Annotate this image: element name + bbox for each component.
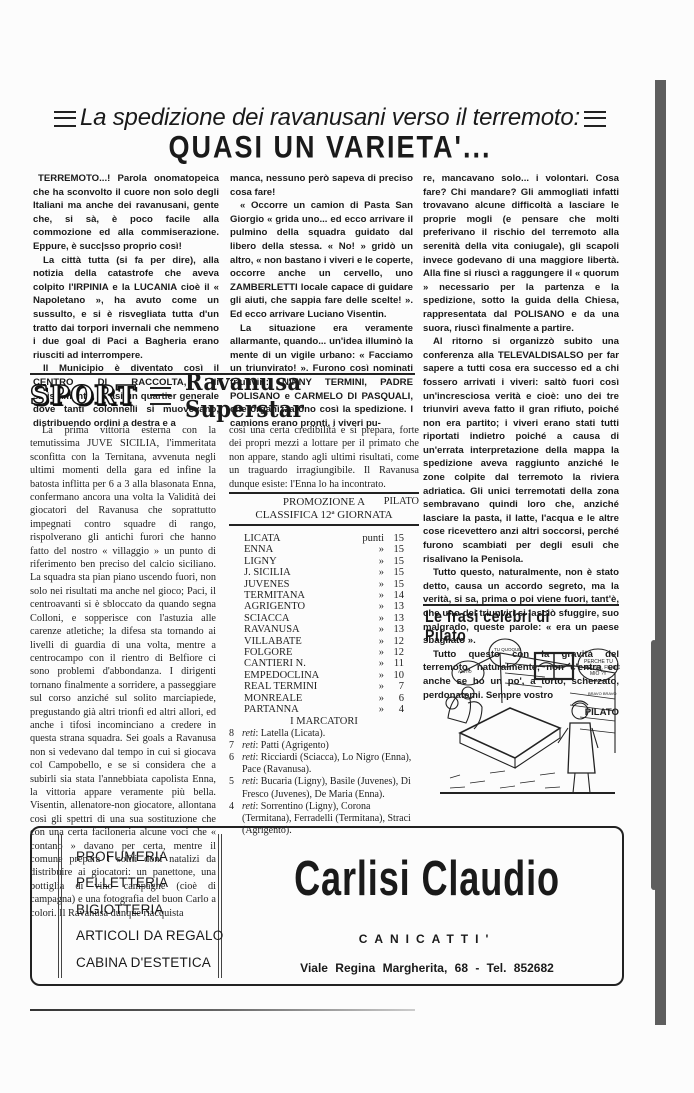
- ad-item: ARTICOLI DA REGALO: [76, 923, 223, 949]
- team-points: 10: [384, 670, 404, 681]
- ad-product-list: PROFUMERIA PELLETTERIA BIGIOTTERIA ARTIC…: [76, 844, 223, 976]
- sport-title: Ravanusa Superstar: [185, 369, 396, 423]
- team-points: 6: [384, 693, 404, 704]
- svg-text:TU QUOQUE: TU QUOQUE: [494, 647, 521, 652]
- standings-row: VILLABATE»12: [244, 636, 404, 647]
- points-unit: »: [344, 601, 384, 612]
- scorer-names: : Bucaria (Ligny), Basile (Juvenes), Di …: [242, 776, 411, 799]
- scorer-entry: 5reti: Bucaria (Ligny), Basile (Juvenes)…: [229, 776, 419, 800]
- sport-header: SPORT Ravanusa Superstar: [30, 378, 415, 414]
- headline-title: QUASI UN VARIETA'...: [30, 130, 630, 166]
- standings-box: PROMOZIONE A CLASSIFICA 12ª GIORNATA LIC…: [229, 492, 419, 837]
- article-headline: La spedizione dei ravanusani verso il te…: [30, 104, 630, 163]
- team-name: MONREALE: [244, 693, 344, 704]
- scan-edge-strip: [655, 80, 666, 1025]
- standings-row: AGRIGENTO»13: [244, 601, 404, 612]
- standings-row: TERMITANA»14: [244, 590, 404, 601]
- points-unit: »: [344, 567, 384, 578]
- team-points: 15: [384, 567, 404, 578]
- goal-count: 6: [229, 752, 242, 764]
- scorers-title: I MARCATORI: [229, 716, 419, 728]
- standings-row: EMPEDOCLINA»10: [244, 670, 404, 681]
- divider: [30, 1009, 415, 1011]
- team-points: 13: [384, 613, 404, 624]
- points-unit: punti: [344, 533, 384, 544]
- points-unit: »: [344, 704, 384, 715]
- svg-text:AIUTO: AIUTO: [458, 669, 472, 674]
- scorer-names: : Ricciardi (Sciacca), Lo Nigro (Enna), …: [242, 752, 411, 775]
- team-name: VILLABATE: [244, 636, 344, 647]
- team-points: 11: [384, 658, 404, 669]
- svg-text:BRAVO BRAVO: BRAVO BRAVO: [588, 691, 617, 696]
- paragraph: « Occorre un camion di Pasta San Giorgio…: [230, 199, 413, 321]
- team-points: 13: [384, 624, 404, 635]
- points-unit: »: [344, 544, 384, 555]
- scorer-names: : Latella (Licata).: [256, 728, 326, 739]
- standings-row: REAL TERMINI»7: [244, 681, 404, 692]
- paragraph: TERREMOTO...! Parola onomatopeica che ha…: [33, 172, 219, 254]
- team-points: 14: [384, 590, 404, 601]
- goals-label: reti: [242, 776, 256, 787]
- scorer-entry: 8reti: Latella (Licata).: [229, 728, 419, 740]
- team-name: REAL TERMINI: [244, 681, 344, 692]
- paragraph: La città tutta (si fa per dire), alla no…: [33, 254, 219, 363]
- standings-header-line2: CLASSIFICA 12ª GIORNATA: [229, 509, 419, 522]
- points-unit: »: [344, 670, 384, 681]
- team-name: ENNA: [244, 544, 344, 555]
- standings-row: CANTIERI N.»11: [244, 658, 404, 669]
- team-points: 4: [384, 704, 404, 715]
- team-points: 12: [384, 647, 404, 658]
- points-unit: »: [344, 693, 384, 704]
- standings-header-line1: PROMOZIONE A: [229, 496, 419, 509]
- ad-item: BIGIOTTERIA: [76, 897, 223, 923]
- standings-row: ENNA»15: [244, 544, 404, 555]
- goals-label: reti: [242, 801, 256, 812]
- team-points: 15: [384, 556, 404, 567]
- scorer-entry: 6reti: Ricciardi (Sciacca), Lo Nigro (En…: [229, 752, 419, 776]
- cartoon-illustration: PERCHE TU BRUTO, FIGLIO MIO ?!! TU QUOQU…: [430, 633, 620, 805]
- team-name: J. SICILIA: [244, 567, 344, 578]
- ad-item: CABINA D'ESTETICA: [76, 950, 223, 976]
- points-unit: »: [344, 590, 384, 601]
- team-name: PARTANNA: [244, 704, 344, 715]
- standings-row: MONREALE»6: [244, 693, 404, 704]
- goals-label: reti: [242, 728, 256, 739]
- standings-row: SCIACCA»13: [244, 613, 404, 624]
- team-name: TERMITANA: [244, 590, 344, 601]
- team-name: SCIACCA: [244, 613, 344, 624]
- team-points: 15: [384, 544, 404, 555]
- standings-row: LICATApunti15: [244, 533, 404, 544]
- paragraph: Al ritorno si organizzò subito una confe…: [423, 335, 619, 566]
- standings-row: LIGNY»15: [244, 556, 404, 567]
- ad-city: CANICATTI': [242, 932, 612, 946]
- scorer-names: : Patti (Agrigento): [256, 740, 329, 751]
- goal-count: 7: [229, 740, 242, 752]
- paragraph: re, mancavano solo... i volontari. Cosa …: [423, 172, 619, 335]
- ad-item: PELLETTERIA: [76, 870, 223, 896]
- points-unit: »: [344, 658, 384, 669]
- team-name: RAVANUSA: [244, 624, 344, 635]
- team-points: 7: [384, 681, 404, 692]
- standings-row: FOLGORE»12: [244, 647, 404, 658]
- points-unit: »: [344, 647, 384, 658]
- standings-row: JUVENES»15: [244, 579, 404, 590]
- triple-rule-icon: [584, 111, 606, 127]
- triple-rule-icon: [54, 111, 76, 127]
- team-name: LIGNY: [244, 556, 344, 567]
- team-name: AGRIGENTO: [244, 601, 344, 612]
- team-name: LICATA: [244, 533, 344, 544]
- headline-subtitle: La spedizione dei ravanusani verso il te…: [80, 104, 580, 131]
- team-points: 12: [384, 636, 404, 647]
- svg-text:MIO ?!!: MIO ?!!: [590, 671, 606, 677]
- team-name: CANTIERI N.: [244, 658, 344, 669]
- points-unit: »: [344, 556, 384, 567]
- team-points: 15: [384, 533, 404, 544]
- points-unit: »: [344, 624, 384, 635]
- paragraph: così una certa credibilità e si prepara,…: [229, 424, 419, 491]
- team-name: EMPEDOCLINA: [244, 670, 344, 681]
- goal-count: 8: [229, 728, 242, 740]
- points-unit: »: [344, 613, 384, 624]
- goal-count: 5: [229, 776, 242, 788]
- ad-item: PROFUMERIA: [76, 844, 223, 870]
- standings-table: LICATApunti15ENNA»15LIGNY»15J. SICILIA»1…: [244, 533, 404, 716]
- points-unit: »: [344, 579, 384, 590]
- divider: [423, 604, 619, 606]
- standings-row: PARTANNA»4: [244, 704, 404, 715]
- paragraph: manca, nessuno però sapeva di preciso co…: [230, 172, 413, 199]
- ad-brand: Carlisi Claudio: [268, 850, 586, 907]
- triple-rule-icon: [150, 387, 171, 405]
- advertisement: PROFUMERIA PELLETTERIA BIGIOTTERIA ARTIC…: [30, 826, 624, 986]
- points-unit: »: [344, 681, 384, 692]
- standings-row: J. SICILIA»15: [244, 567, 404, 578]
- divider: [58, 834, 62, 978]
- standings-header: PROMOZIONE A CLASSIFICA 12ª GIORNATA: [229, 492, 419, 526]
- scorers-list: 8reti: Latella (Licata).7reti: Patti (Ag…: [229, 728, 419, 838]
- standings-row: RAVANUSA»13: [244, 624, 404, 635]
- ad-address: Viale Regina Margherita, 68 - Tel. 85268…: [242, 961, 612, 975]
- goal-count: 4: [229, 801, 242, 813]
- team-name: JUVENES: [244, 579, 344, 590]
- sport-logo: SPORT: [30, 381, 136, 411]
- points-unit: »: [344, 636, 384, 647]
- team-points: 13: [384, 601, 404, 612]
- goals-label: reti: [242, 740, 256, 751]
- team-points: 15: [384, 579, 404, 590]
- team-name: FOLGORE: [244, 647, 344, 658]
- goals-label: reti: [242, 752, 256, 763]
- scorer-entry: 7reti: Patti (Agrigento): [229, 740, 419, 752]
